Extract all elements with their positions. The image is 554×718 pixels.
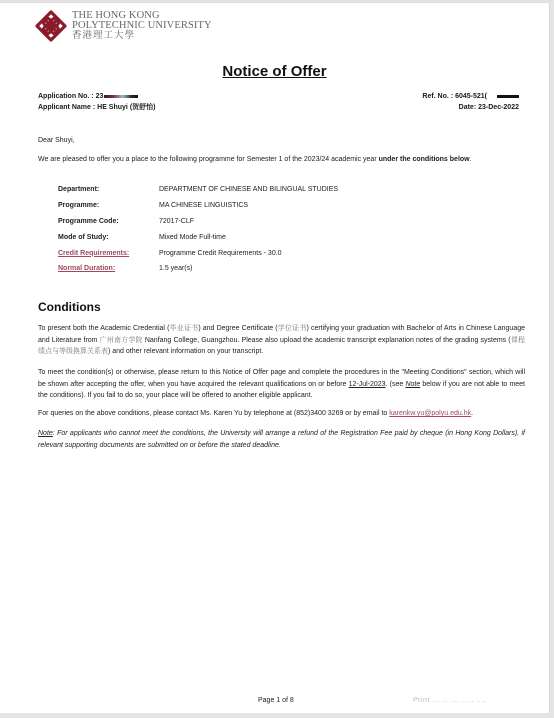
- text: ) and Degree Certificate (: [198, 325, 277, 332]
- date-value: 23-Dec-2022: [478, 104, 519, 111]
- text: ) and other relevant information on your…: [108, 348, 263, 355]
- intro-paragraph: We are pleased to offer you a place to t…: [38, 154, 525, 166]
- text: .: [471, 410, 473, 417]
- detail-row: Mode of Study:Mixed Mode Full-time: [58, 229, 338, 245]
- polyu-knot-icon: [34, 9, 68, 43]
- applicant-name-label: Applicant Name :: [38, 104, 95, 111]
- text: For queries on the above conditions, ple…: [38, 410, 389, 417]
- detail-value: MA CHINESE LINGUISTICS: [159, 202, 248, 209]
- detail-label: Programme:: [58, 202, 159, 209]
- detail-label: Mode of Study:: [58, 234, 159, 241]
- applicant-info: Application No. : 23 Applicant Name : HE…: [38, 91, 155, 113]
- detail-label: Department:: [58, 186, 159, 193]
- page-number: Page 1 of 8: [258, 697, 294, 704]
- detail-value: Mixed Mode Full-time: [159, 234, 226, 241]
- print-info: Print ... ... ... .. .. ....: [413, 697, 486, 704]
- date-label: Date:: [459, 104, 477, 111]
- intro-end: .: [470, 156, 472, 163]
- document-page: THE HONG KONG POLYTECHNIC UNIVERSITY 香港理…: [0, 2, 550, 713]
- detail-row: Department:DEPARTMENT OF CHINESE AND BIL…: [58, 182, 338, 198]
- intro-text: We are pleased to offer you a place to t…: [38, 156, 379, 163]
- logo-line-3: 香港理工大學: [72, 31, 212, 41]
- document-title: Notice of Offer: [0, 63, 549, 80]
- redaction-mark: [104, 95, 138, 98]
- detail-label[interactable]: Credit Requirements:: [58, 250, 159, 257]
- text: : For applicants who cannot meet the con…: [38, 430, 525, 449]
- university-logo: THE HONG KONG POLYTECHNIC UNIVERSITY 香港理…: [34, 9, 212, 43]
- greeting: Dear Shuyi,: [38, 135, 525, 147]
- detail-value: 1.5 year(s): [159, 265, 192, 272]
- condition-paragraph-contact: For queries on the above conditions, ple…: [38, 408, 525, 420]
- text: To present both the Academic Credential …: [38, 325, 169, 332]
- note-label: Note: [38, 430, 53, 437]
- logo-line-2: POLYTECHNIC UNIVERSITY: [72, 21, 212, 31]
- contact-email-link[interactable]: karenkw.yu@polyu.edu.hk: [389, 410, 471, 417]
- text: . (see: [386, 381, 406, 388]
- detail-label[interactable]: Normal Duration:: [58, 265, 159, 272]
- refund-note: Note: For applicants who cannot meet the…: [38, 428, 525, 451]
- conditions-heading: Conditions: [38, 300, 101, 314]
- intro-emphasis: under the conditions below: [379, 156, 470, 163]
- note-reference: Note: [405, 381, 420, 388]
- application-no-value: 23: [96, 93, 104, 100]
- cjk-text: 广州南方学院: [100, 337, 143, 344]
- ref-no-value: 6045-521(: [455, 93, 487, 100]
- detail-label: Programme Code:: [58, 218, 159, 225]
- detail-value: DEPARTMENT OF CHINESE AND BILINGUAL STUD…: [159, 186, 338, 193]
- reference-info: Ref. No. : 6045-521( Date: 23-Dec-2022: [422, 91, 519, 113]
- text: Nanfang College, Guangzhou. Please also …: [143, 337, 511, 344]
- applicant-name-value: HE Shuyi (贺舒怡): [97, 104, 155, 111]
- cjk-text: 毕业证书: [169, 325, 198, 332]
- cjk-text: 学位证书: [278, 325, 307, 332]
- detail-value: 72017-CLF: [159, 218, 194, 225]
- condition-paragraph-procedure: To meet the condition(s) or otherwise, p…: [38, 367, 525, 402]
- detail-row: Programme Code:72017-CLF: [58, 214, 338, 230]
- detail-row: Credit Requirements:Programme Credit Req…: [58, 245, 338, 261]
- detail-row: Programme:MA CHINESE LINGUISTICS: [58, 198, 338, 214]
- redaction-mark: [497, 95, 519, 98]
- detail-row: Normal Duration:1.5 year(s): [58, 261, 338, 277]
- ref-no-label: Ref. No. :: [422, 93, 453, 100]
- application-no-label: Application No. :: [38, 93, 94, 100]
- deadline-date: 12-Jul-2023: [349, 381, 386, 388]
- condition-paragraph-credentials: To present both the Academic Credential …: [38, 323, 525, 358]
- detail-value: Programme Credit Requirements - 30.0: [159, 250, 282, 257]
- programme-details: Department:DEPARTMENT OF CHINESE AND BIL…: [58, 182, 338, 277]
